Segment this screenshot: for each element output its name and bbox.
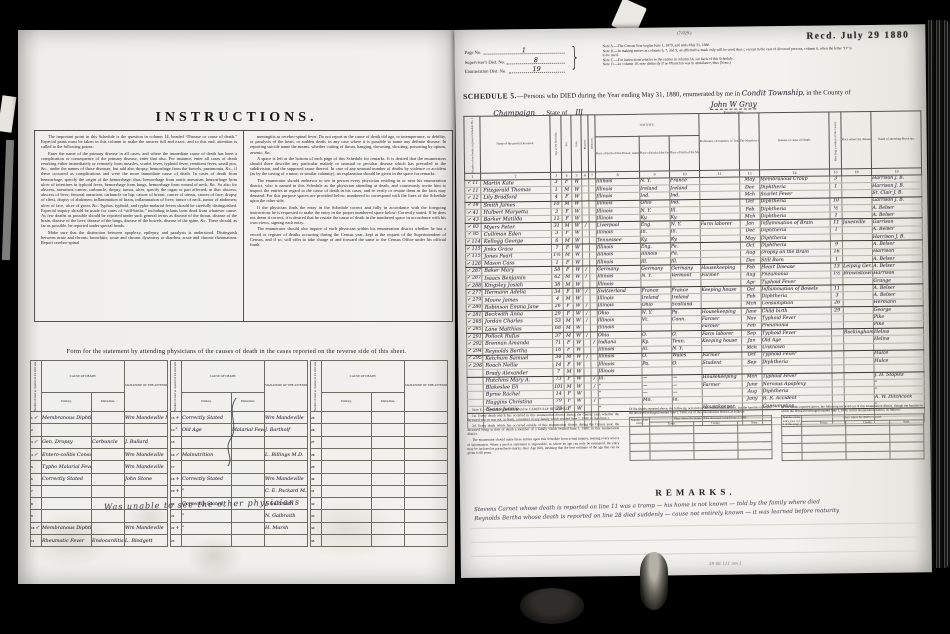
page-sliver [0, 95, 16, 133]
enumeration-dist-value: 19 [508, 66, 564, 74]
left-page-instructions: INSTRUCTIONS. The important point in thi… [18, 30, 455, 584]
supervisor-dist-value: 8 [507, 56, 565, 64]
col-married: Married. [581, 115, 589, 172]
subtable-1-caption: Of the deaths reported above, the follow… [629, 406, 771, 416]
enumeration-district-row: Enumeration Dist. No. 19 [465, 66, 565, 74]
bottom-scribble: 19 46 111 am 1 [709, 561, 742, 566]
enumeration-dist-label: Enumeration Dist. No. [465, 68, 507, 74]
instructions-heading: INSTRUCTIONS. [18, 110, 455, 126]
right-page-schedule-5: Recd. July 29 1880 (7-929.) Page No. 1 S… [454, 24, 932, 578]
col-cause-of-death: Disease or cause of Death. [759, 112, 830, 170]
physician-form-caption: Form for the statement by attending phys… [18, 348, 455, 355]
table-header: Number of the family as given in Schedul… [464, 111, 922, 180]
col-occupation: Profession, Occupation, or Trade. [699, 113, 740, 170]
col-color: Color. [571, 115, 582, 172]
instructions-text-box: The important point in this Schedule is … [34, 130, 453, 322]
received-date-stamp: Recd. July 29 1880 [806, 30, 909, 41]
handwritten-brace [224, 396, 240, 468]
physician-form-group: Number of death as reported on the other… [30, 360, 168, 547]
col-age: Age at last birth-day. [550, 115, 562, 172]
table-body: ✓ 11Martin Kate3FWIllinoisN. Y.FranceMay… [465, 175, 925, 429]
deaths-out-of-district-subtable: Of the deaths reported above, the follow… [781, 404, 924, 461]
brace-glyph: } [570, 43, 580, 73]
schedule-notes: Note A.—The Census Year begins June 1, 1… [602, 41, 852, 67]
subtable-2-num-label: Number of the entry, (see col. 1 of this… [782, 416, 802, 427]
page-no-label: Page No. [465, 50, 482, 55]
scanned-document-photo: { "stamp": "Recd. July 29 1880", "form_n… [0, 0, 950, 634]
supervisor-dist-label: Supervisor's Dist. No. [465, 59, 505, 64]
col-family-number: Number of the family as given in Schedul… [464, 116, 481, 173]
page-sliver [2, 140, 14, 260]
col-resident-years: How long a resident of this County. [829, 112, 842, 169]
subtable-1-num-label: Number of the entry. [630, 417, 650, 426]
note-e-block: Note E.—Upon this Schedule should be CAR… [467, 406, 620, 457]
col-month-died: The Month in which the Person died. [739, 113, 760, 170]
ruled-line [471, 550, 921, 556]
col-mother-birthplace: Place of birth of the Mother of this per… [669, 136, 699, 171]
schedule-number: SCHEDULE 5. [463, 91, 517, 101]
col-group-nativity: NATIVITY. [595, 114, 699, 137]
col-sex: Sex. [561, 115, 572, 172]
form-number: (7-929.) [624, 29, 744, 35]
deaths-in-district-subtable: Of the deaths reported above, the follow… [629, 406, 772, 461]
title-text-a: —Persons who DIED during the Year ending… [517, 91, 740, 101]
col-birthplace: Place of birth of this Person, naming th… [595, 136, 639, 171]
remarks-handwritten-lines: Stevens Carnet whose death is reported o… [474, 496, 916, 524]
col-physician: Name of attending Physician. [871, 111, 922, 168]
subtable-2-caption: Of the deaths reported above, the follow… [781, 404, 923, 414]
supervisor-district-row: Supervisor's Dist. No. 8 [465, 56, 565, 64]
page-number-row: Page No. 1 [465, 47, 565, 55]
district-numbers-block: Page No. 1 Supervisor's Dist. No. 8 Enum… [465, 47, 565, 77]
mortality-schedule-table: Number of the family as given in Schedul… [463, 110, 925, 428]
col-widowed: Widowed. [588, 115, 596, 172]
thumb-artifact [640, 552, 668, 610]
title-text-b: , in the County of [803, 89, 851, 97]
finger-shadow-artifact [520, 588, 584, 624]
col-name: Name of the person Deceased. [480, 115, 551, 173]
col-place-contracted: Place where the disease was contracted, … [841, 111, 872, 168]
township-handwritten: Condit Township [742, 88, 803, 98]
page-no-value: 1 [483, 47, 564, 55]
col-father-birthplace: Place of birth of the Father of this per… [639, 136, 669, 171]
instructions-column-1: The important point in this Schedule is … [35, 131, 243, 321]
instructions-column-2: meningitis as cerebro-spinal fever. Do n… [243, 131, 452, 321]
ruled-line [470, 522, 920, 528]
ruled-line [471, 536, 921, 542]
enumerator-signature: John W Gray [711, 99, 757, 109]
physician-form-group: Number of death as reported on the other… [310, 360, 448, 547]
